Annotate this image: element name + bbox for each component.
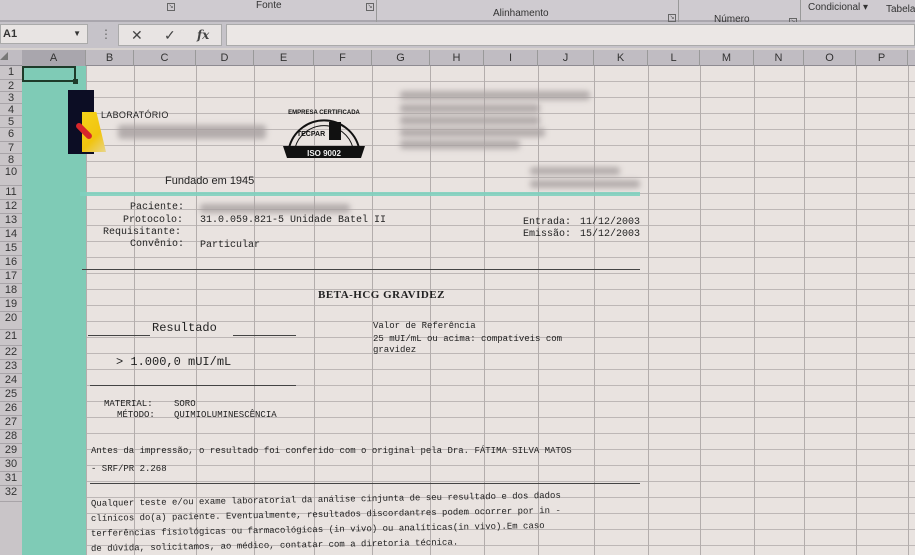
entry-label: Entrada: <box>523 217 571 228</box>
patient-label: Paciente: <box>130 202 184 213</box>
section-divider <box>82 269 640 270</box>
material-label: MATERIAL: <box>104 399 153 409</box>
insurance-value: Particular <box>200 240 260 251</box>
redacted-lab-name <box>118 125 266 139</box>
reference-line-2: gravidez <box>373 345 416 355</box>
method-value: QUIMIOLUMINESCÊNCIA <box>174 410 277 420</box>
issue-label: Emissão: <box>523 229 571 240</box>
protocol-label: Protocolo: <box>123 215 183 226</box>
result-underline-left <box>88 335 150 336</box>
section-divider <box>90 483 640 484</box>
redacted-patient-name <box>200 204 350 213</box>
issue-date: 15/12/2003 <box>580 229 640 240</box>
result-underline-right <box>233 335 296 336</box>
disclaimer-line-4: de dúvida, solicitamos, ao médico, conta… <box>91 538 458 554</box>
verification-line-1: Antes da impressão, o resultado foi conf… <box>91 446 572 456</box>
redacted-address <box>400 128 545 137</box>
redacted-address <box>400 116 540 125</box>
method-label: MÉTODO: <box>117 410 155 420</box>
requester-label: Requisitante: <box>103 227 181 238</box>
result-header: Resultado <box>152 321 217 335</box>
redacted-website <box>530 167 620 175</box>
redacted-address <box>400 140 520 149</box>
material-value: SORO <box>174 399 196 409</box>
iso-certification-seal: EMPRESA CERTIFICADA TECPAR ISO 9002 <box>281 100 367 162</box>
lab-logo <box>68 90 94 154</box>
entry-date: 11/12/2003 <box>580 217 640 228</box>
protocol-value: 31.0.059.821-5 Unidade Batel II <box>200 215 386 226</box>
redacted-address <box>400 104 540 113</box>
redacted-email <box>530 180 640 188</box>
lab-report: LABORATÓRIO EMPRESA CERTIFICADA TECPAR I… <box>0 0 915 555</box>
result-value: > 1.000,0 mUI/mL <box>116 355 231 369</box>
verification-line-2: - SRF/PR 2.268 <box>91 464 167 474</box>
seal-brand: TECPAR <box>297 131 325 138</box>
reference-line-1: 25 mUI/mL ou acima: compatíveis com <box>373 334 562 344</box>
founded-text: Fundado em 1945 <box>165 175 254 187</box>
seal-banner: ISO 9002 <box>307 149 341 158</box>
exam-title: BETA-HCG GRAVIDEZ <box>318 289 445 301</box>
reference-header: Valor de Referência <box>373 321 476 331</box>
redacted-address <box>400 91 590 100</box>
lab-label: LABORATÓRIO <box>101 110 169 120</box>
seal-ring-text: EMPRESA CERTIFICADA <box>288 110 360 116</box>
result-bottom-line <box>90 385 296 386</box>
insurance-label: Convênio: <box>130 239 184 250</box>
disclaimer-line-3: terferências fisiológicas ou farmacológi… <box>91 521 545 539</box>
header-divider <box>80 192 640 196</box>
